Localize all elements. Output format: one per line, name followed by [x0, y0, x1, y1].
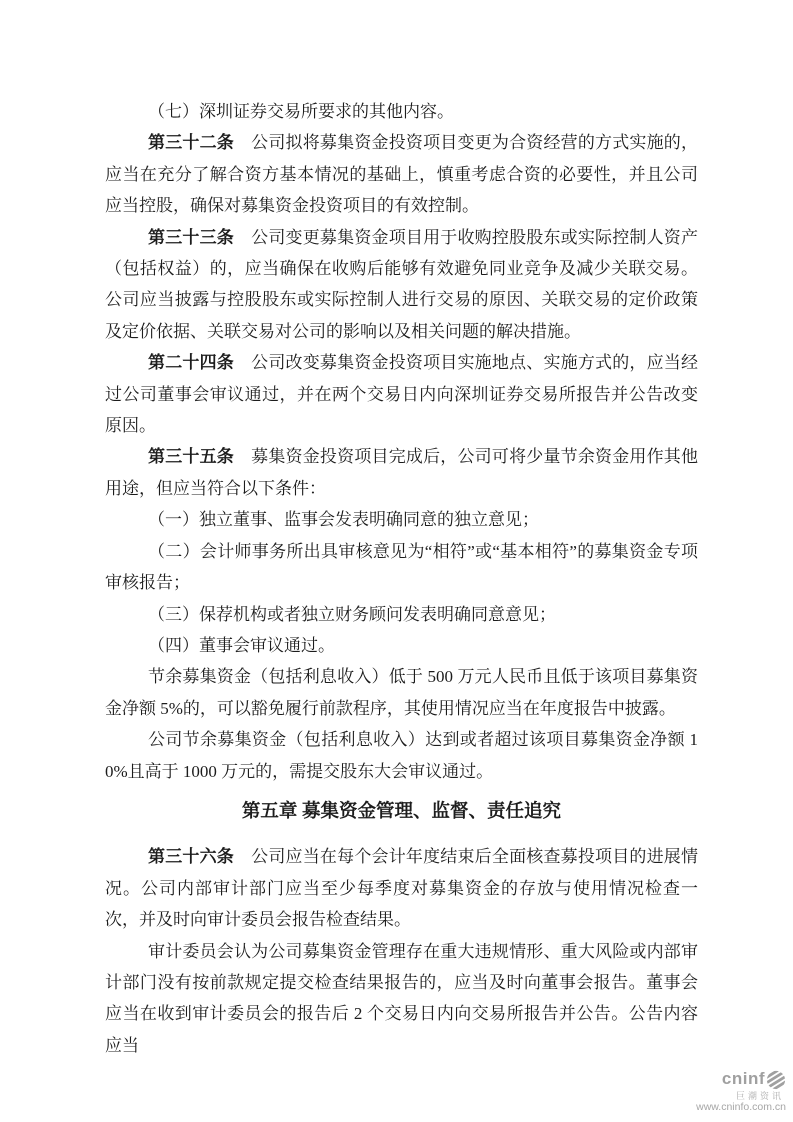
- article-number: 第三十六条: [148, 847, 234, 866]
- paragraph: 节余募集资金（包括利息收入）低于 500 万元人民币且低于该项目募集资金净额 5…: [105, 661, 698, 724]
- paragraph: 第三十六条 公司应当在每个会计年度结束后全面核查募投项目的进展情况。公司内部审计…: [105, 841, 698, 935]
- paragraph: （二）会计师事务所出具审核意见为“相符”或“基本相符”的募集资金专项审核报告；: [105, 536, 698, 599]
- paragraph: 审计委员会认为公司募集资金管理存在重大违规情形、重大风险或内部审计部门没有按前款…: [105, 936, 698, 1062]
- paragraph: （一）独立董事、监事会发表明确同意的独立意见；: [105, 504, 698, 535]
- cninfo-swirl-icon: [766, 1070, 786, 1090]
- cninfo-url: www.cninfo.com.cn: [696, 1102, 786, 1114]
- article-number: 第三十二条: [148, 133, 234, 152]
- cninfo-logo-text: cninf: [722, 1070, 765, 1089]
- paragraph: 第三十三条 公司变更募集资金项目用于收购控股股东或实际控制人资产（包括权益）的，…: [105, 222, 698, 348]
- cninfo-watermark: cninf 巨潮资讯 www.cninfo.com.cn: [696, 1070, 786, 1114]
- paragraph: 第三十五条 募集资金投资项目完成后，公司可将少量节余资金用作其他用途，但应当符合…: [105, 441, 698, 504]
- paragraph: 第二十四条 公司改变募集资金投资项目实施地点、实施方式的，应当经过公司董事会审议…: [105, 347, 698, 441]
- article-number: 第三十三条: [148, 228, 234, 247]
- cninfo-logo: cninf: [696, 1070, 786, 1090]
- cninfo-brand-name: 巨潮资讯: [696, 1092, 784, 1102]
- document-body: （七）深圳证券交易所要求的其他内容。第三十二条 公司拟将募集资金投资项目变更为合…: [105, 96, 698, 1061]
- paragraph: （七）深圳证券交易所要求的其他内容。: [105, 96, 698, 127]
- chapter-heading: 第五章 募集资金管理、监督、责任追究: [105, 797, 698, 828]
- article-number: 第三十五条: [148, 447, 234, 466]
- paragraph: 第三十二条 公司拟将募集资金投资项目变更为合资经营的方式实施的，应当在充分了解合…: [105, 127, 698, 221]
- paragraph: （三）保荐机构或者独立财务顾问发表明确同意意见；: [105, 599, 698, 630]
- paragraph: 公司节余募集资金（包括利息收入）达到或者超过该项目募集资金净额 10%且高于 1…: [105, 724, 698, 787]
- paragraph: （四）董事会审议通过。: [105, 630, 698, 661]
- article-number: 第二十四条: [148, 353, 234, 372]
